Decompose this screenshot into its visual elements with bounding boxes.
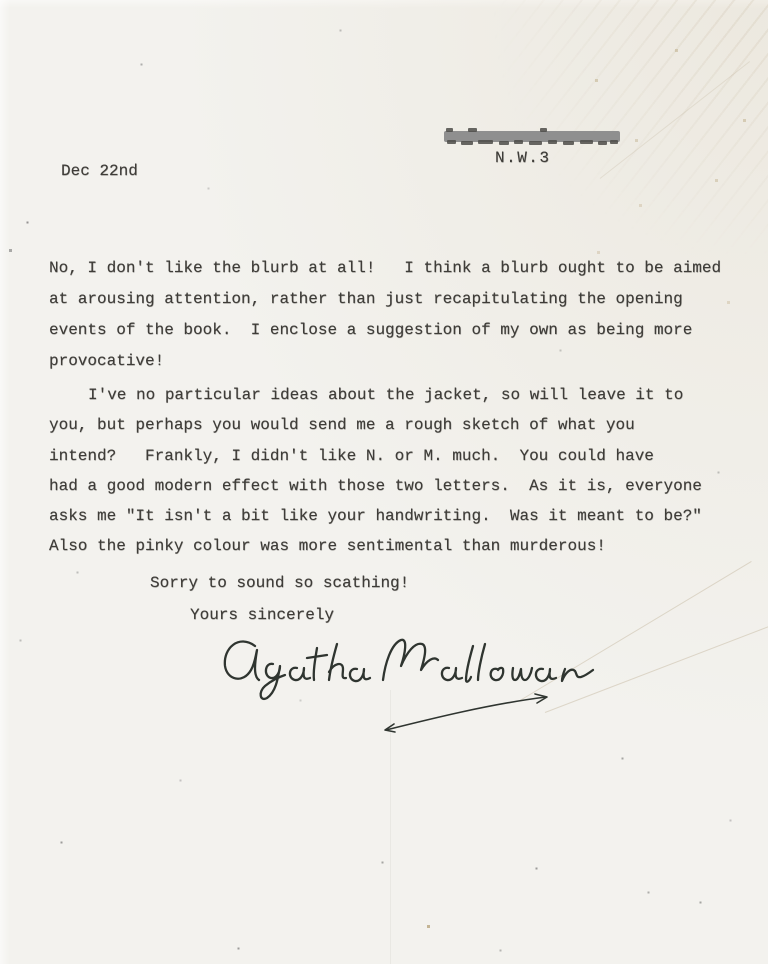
redacted-text-fragment xyxy=(580,140,593,144)
postal-district: N.W.3 xyxy=(495,148,551,168)
redacted-text-fragment xyxy=(548,140,557,144)
redacted-text-fragment xyxy=(468,128,477,132)
letter-line: asks me "It isn't a bit like your handwr… xyxy=(49,506,702,526)
letter-line: had a good modern effect with those two … xyxy=(49,476,702,496)
redacted-text-fragment xyxy=(610,140,618,144)
letter-date: Dec 22nd xyxy=(61,161,138,181)
letter-line: you, but perhaps you would send me a rou… xyxy=(49,415,635,435)
redacted-text-fragment xyxy=(514,140,523,144)
letter-line: No, I don't like the blurb at all! I thi… xyxy=(49,258,721,278)
redacted-text-fragment xyxy=(529,141,542,145)
redacted-text-fragment xyxy=(461,141,473,145)
letter-line: intend? Frankly, I didn't like N. or M. … xyxy=(49,446,654,466)
letter-line: provocative! xyxy=(49,351,164,371)
letter-line: events of the book. I enclose a suggesti… xyxy=(49,320,692,340)
signature-flourish-arrow xyxy=(380,692,555,736)
redacted-text-fragment xyxy=(540,128,547,132)
redacted-text-fragment xyxy=(499,141,509,145)
letter-line: at arousing attention, rather than just … xyxy=(49,289,683,309)
redacted-text-fragment xyxy=(447,140,456,144)
letter-page: N.W.3 Dec 22nd No, I don't like the blur… xyxy=(0,0,768,964)
redacted-text-fragment xyxy=(446,128,453,132)
corner-scuff-texture xyxy=(488,0,768,260)
letter-line: I've no particular ideas about the jacke… xyxy=(88,385,683,405)
redacted-text-fragment xyxy=(563,141,574,145)
letter-line: Also the pinky colour was more sentiment… xyxy=(49,536,606,556)
redacted-text-fragment xyxy=(598,141,607,145)
letter-closing-remark: Sorry to sound so scathing! xyxy=(150,573,409,593)
valediction: Yours sincerely xyxy=(190,605,334,625)
redacted-text-fragment xyxy=(478,140,493,144)
paper-speckles xyxy=(0,0,1,1)
